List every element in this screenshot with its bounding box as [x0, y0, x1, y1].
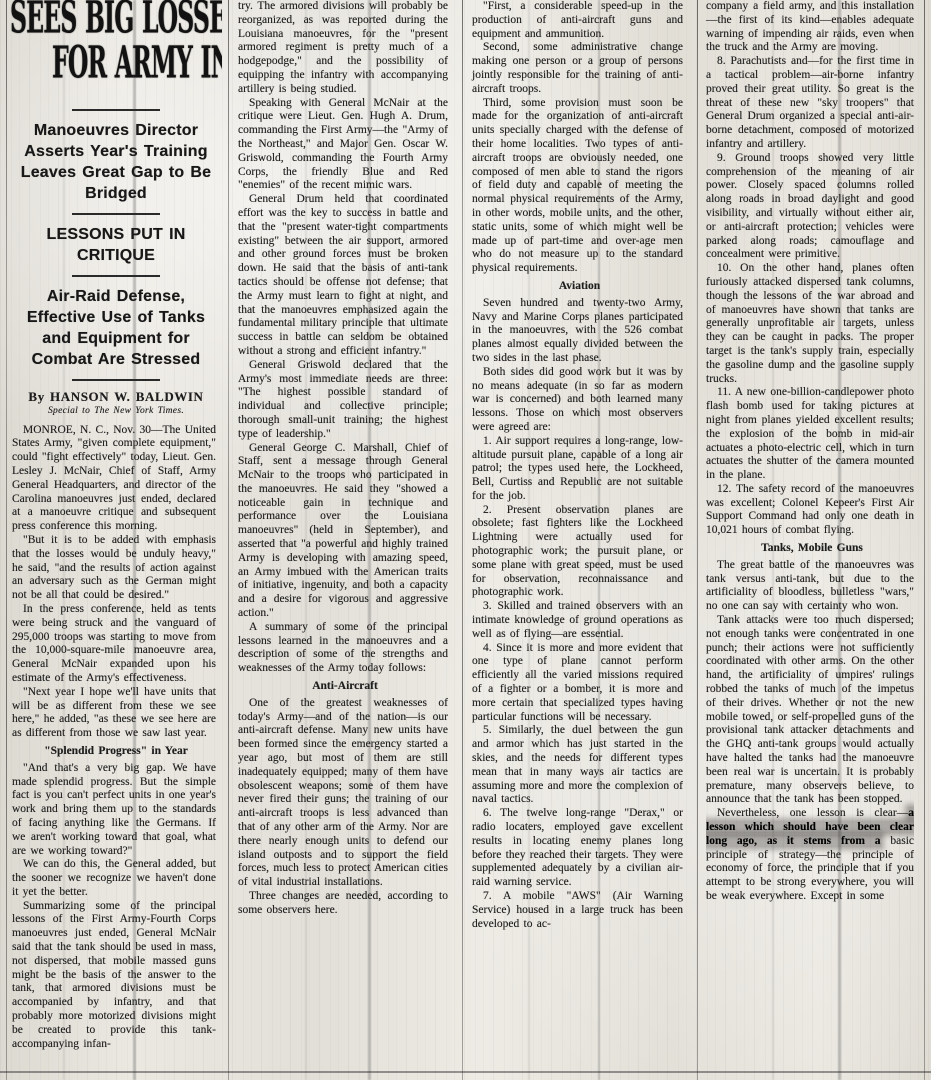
- column-rule: [228, 0, 229, 1080]
- separator-rule: [72, 109, 160, 111]
- paragraph: 9. Ground troops showed very little comp…: [704, 152, 920, 262]
- paragraph: Tank attacks were too much dispersed; no…: [704, 614, 920, 807]
- paragraph: 11. A new one-billion-candlepower photo …: [704, 386, 920, 483]
- paragraph: 7. A mobile "AWS" (Air Warning Service) …: [470, 890, 689, 931]
- paragraph: 6. The twelve long-range "Derax," or rad…: [470, 807, 689, 890]
- separator-rule: [72, 213, 160, 215]
- paragraph: 2. Present observation planes are obsole…: [470, 504, 689, 601]
- bottom-rule: [0, 1071, 931, 1073]
- ink-smudge-text: a lesson which should have been clear lo…: [706, 807, 914, 847]
- paragraph: General Griswold declared that the Army'…: [236, 359, 454, 442]
- paragraph: One of the greatest weaknesses of today'…: [236, 697, 454, 890]
- paragraph: General Drum held that coordinated effor…: [236, 193, 454, 359]
- paragraph: We can do this, the General added, but t…: [10, 858, 222, 899]
- byline: By HANSON W. BALDWIN: [10, 390, 222, 404]
- paragraph: A summary of some of the principal lesso…: [236, 621, 454, 676]
- separator-rule: [72, 379, 160, 381]
- deck-3: Air-Raid Defense, Effective Use of Tanks…: [10, 286, 222, 370]
- paragraph: 12. The safety record of the manoeuvres …: [704, 483, 920, 538]
- paragraph: 5. Similarly, the duel between the gun a…: [470, 724, 689, 807]
- column-4: company a field army, and this installat…: [704, 0, 920, 1080]
- paragraph: 10. On the other hand, planes often furi…: [704, 262, 920, 386]
- paragraph: Three changes are needed, according to s…: [236, 890, 454, 918]
- paragraph: General George C. Marshall, Chief of Sta…: [236, 442, 454, 621]
- paragraph: Seven hundred and twenty-two Army, Navy …: [470, 297, 689, 366]
- paragraph: The great battle of the manoeuvres was t…: [704, 559, 920, 614]
- paragraph: Nevertheless, one lesson is clear—a less…: [704, 807, 920, 904]
- column-1: SEES BIG LOSSES FOR ARMY IN WAR Manoeuvr…: [10, 0, 222, 1080]
- headline-line-2: FOR ARMY IN WAR: [52, 52, 222, 97]
- deck-1: Manoeuvres Director Asserts Year's Train…: [10, 120, 222, 204]
- paragraph: MONROE, N. C., Nov. 30—The United States…: [10, 424, 222, 534]
- paragraph: 3. Skilled and trained observers with an…: [470, 600, 689, 641]
- paragraph: try. The armored divisions will probably…: [236, 0, 454, 97]
- section-heading: Aviation: [470, 280, 689, 294]
- paragraph: 1. Air support requires a long-range, lo…: [470, 435, 689, 504]
- paragraph: Summarizing some of the principal lesson…: [10, 900, 222, 1052]
- paragraph: 8. Parachutists and—for the first time i…: [704, 55, 920, 152]
- paragraph: "Next year I hope we'll have units that …: [10, 686, 222, 741]
- column-rule: [697, 0, 698, 1080]
- paragraph: Speaking with General McNair at the crit…: [236, 97, 454, 194]
- deck-2: LESSONS PUT IN CRITIQUE: [10, 224, 222, 266]
- credit-line: Special to The New York Times.: [10, 405, 222, 419]
- paragraph: "And that's a very big gap. We have made…: [10, 762, 222, 859]
- paragraph: "But it is to be added with emphasis tha…: [10, 534, 222, 603]
- column-2: try. The armored divisions will probably…: [236, 0, 454, 1080]
- column-rule: [462, 0, 463, 1080]
- paragraph: 4. Since it is more and more evident tha…: [470, 642, 689, 725]
- paragraph: Both sides did good work but it was by n…: [470, 366, 689, 435]
- paragraph: Second, some administrative change makin…: [470, 41, 689, 96]
- column-rule: [924, 0, 925, 1080]
- column-3: "First, a considerable speed-up in the p…: [470, 0, 689, 1080]
- section-heading: "Splendid Progress" in Year: [10, 745, 222, 759]
- section-heading: Tanks, Mobile Guns: [704, 542, 920, 556]
- section-heading: Anti-Aircraft: [236, 680, 454, 694]
- newspaper-page: SEES BIG LOSSES FOR ARMY IN WAR Manoeuvr…: [0, 0, 931, 1080]
- separator-rule: [72, 275, 160, 277]
- paragraph: company a field army, and this installat…: [704, 0, 920, 55]
- column-rule: [6, 0, 7, 1080]
- paragraph: In the press conference, held as tents w…: [10, 603, 222, 686]
- paragraph: Third, some provision must soon be made …: [470, 97, 689, 276]
- paragraph: "First, a considerable speed-up in the p…: [470, 0, 689, 41]
